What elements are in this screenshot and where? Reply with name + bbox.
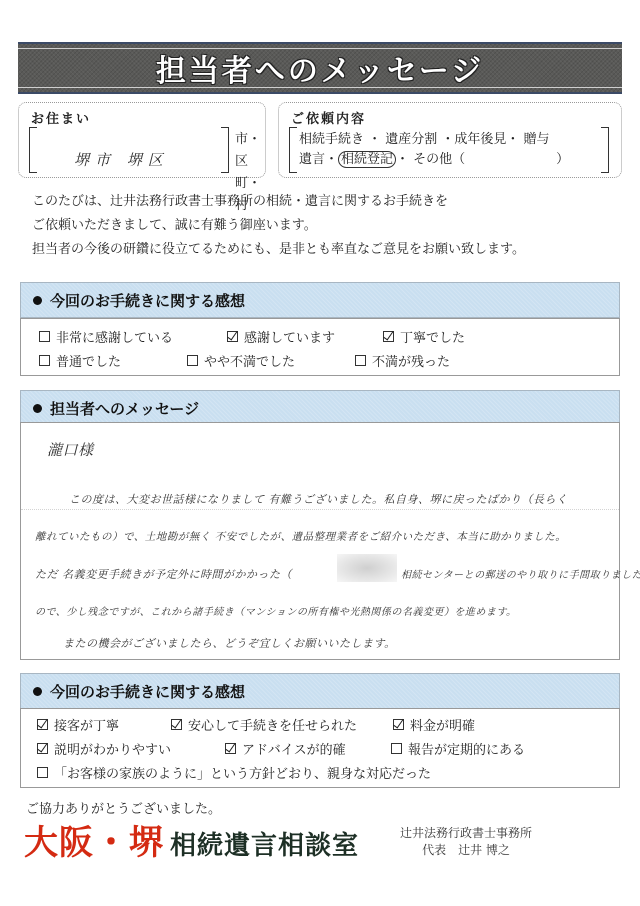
bracket-right	[601, 127, 609, 173]
option-average[interactable]: 普通でした	[39, 351, 121, 370]
bracket-left	[29, 127, 37, 173]
option-clear-fees[interactable]: 料金が明確	[393, 715, 475, 734]
message-line-3b: 相続センターとの郵送のやり取りに手間取りました）	[401, 566, 640, 581]
checkbox-icon[interactable]	[187, 355, 198, 366]
option-courteous-service[interactable]: 接客が丁寧	[37, 715, 119, 734]
checkbox-checked-icon[interactable]	[37, 719, 48, 730]
brand-name: 相続遺言相談室	[170, 825, 359, 862]
request-line-2: 遺言・相続登記・ その他（ ）	[299, 150, 569, 170]
intro-line-3: 担当者の今後の研鑽に役立てるためにも、是非とも率直なご意見をお願い致します。	[32, 238, 525, 262]
bullet-icon	[33, 687, 42, 696]
section-message-header: 担当者へのメッセージ	[20, 390, 620, 426]
message-line-2: 離れていたもの）で、土地勘が無く 不安でしたが、遺品整理業者をご紹介いただき、本…	[35, 529, 566, 544]
section-title: 今回のお手続きに関する感想	[50, 290, 245, 311]
option-clear-explanation[interactable]: 説明がわかりやすい	[37, 739, 171, 758]
option-grateful[interactable]: 感謝しています	[227, 327, 335, 346]
brand-location: 大阪・堺	[24, 815, 164, 864]
address-box: お住まい 堺市 堺区 市・区 町・村	[18, 102, 266, 178]
checkbox-icon[interactable]	[39, 355, 50, 366]
request-options: 相続手続き ・ 遺産分割 ・成年後見・ 贈与 遺言・相続登記・ その他（ ）	[299, 130, 569, 170]
option-regular-reports[interactable]: 報告が定期的にある	[391, 739, 525, 758]
checkbox-checked-icon[interactable]	[37, 743, 48, 754]
redacted-blur	[337, 554, 397, 582]
request-other: ・ その他（ ）	[396, 152, 569, 167]
page-title: 担当者へのメッセージ	[156, 46, 484, 90]
address-label: お住まい	[31, 108, 91, 127]
section-title: 担当者へのメッセージ	[50, 398, 199, 419]
message-line-1: この度は、大変お世話様になりまして 有難うございました。私自身、堺に戻ったばかり…	[69, 491, 568, 507]
checkbox-checked-icon[interactable]	[383, 331, 394, 342]
checkbox-checked-icon[interactable]	[225, 743, 236, 754]
request-box: ご依頼内容 相続手続き ・ 遺産分割 ・成年後見・ 贈与 遺言・相続登記・ その…	[278, 102, 622, 178]
request-selected-inheritance-registration[interactable]: 相続登記	[338, 151, 396, 168]
checkbox-icon[interactable]	[37, 767, 48, 778]
section-impressions-body: 非常に感謝している 感謝しています 丁寧でした 普通でした やや不満でした 不満…	[20, 318, 620, 376]
section-title: 今回のお手続きに関する感想	[50, 681, 245, 702]
message-line-4: ので、少し残念ですが、これから諸手続き（マンションの所有権や光熱関係の名義変更）…	[35, 603, 517, 618]
checkbox-icon[interactable]	[39, 331, 50, 342]
bracket-right	[221, 127, 229, 173]
bullet-icon	[33, 404, 42, 413]
message-line-3a: ただ 名義変更手続きが予定外に時間がかかった（	[35, 566, 292, 582]
option-polite[interactable]: 丁寧でした	[383, 327, 465, 346]
title-banner: 担当者へのメッセージ	[18, 42, 622, 94]
section-impressions-header: 今回のお手続きに関する感想	[20, 282, 620, 318]
address-value[interactable]: 堺市 堺区	[74, 149, 169, 170]
representative-name: 代表 辻井 博之	[400, 842, 532, 859]
option-very-grateful[interactable]: 非常に感謝している	[39, 327, 173, 346]
checkbox-icon[interactable]	[355, 355, 366, 366]
checkbox-checked-icon[interactable]	[393, 719, 404, 730]
message-line-5: またの機会がございましたら、どうぞ宜しくお願いいたします。	[63, 635, 396, 651]
intro-line-2: ご依頼いただきまして、誠に有難う御座います。	[32, 214, 525, 238]
section-evaluation-header: 今回のお手続きに関する感想	[20, 673, 620, 709]
message-area[interactable]: 瀧口様 この度は、大変お世話様になりまして 有難うございました。私自身、堺に戻っ…	[20, 422, 620, 660]
checkbox-checked-icon[interactable]	[227, 331, 238, 342]
checkbox-checked-icon[interactable]	[171, 719, 182, 730]
bracket-left	[289, 127, 297, 173]
request-will: 遺言・	[299, 152, 338, 167]
request-line-1: 相続手続き ・ 遺産分割 ・成年後見・ 贈与	[299, 130, 569, 150]
office-name: 辻井法務行政書士事務所	[400, 825, 532, 842]
option-trustworthy[interactable]: 安心して手続きを任せられた	[171, 715, 357, 734]
intro-line-1: このたびは、辻井法務行政書士事務所の相続・遺言に関するお手続きを	[32, 190, 525, 214]
option-somewhat-dissatisfied[interactable]: やや不満でした	[187, 351, 295, 370]
greeting: 瀧口様	[47, 439, 94, 460]
option-dissatisfied[interactable]: 不満が残った	[355, 351, 450, 370]
checkbox-icon[interactable]	[391, 743, 402, 754]
section-evaluation-body: 接客が丁寧 安心して手続きを任せられた 料金が明確 説明がわかりやすい アドバイ…	[20, 708, 620, 788]
brand-logo: 大阪・堺 相続遺言相談室	[24, 815, 359, 864]
option-good-advice[interactable]: アドバイスが的確	[225, 739, 346, 758]
office-info: 辻井法務行政書士事務所 代表 辻井 博之	[400, 825, 532, 859]
request-label: ご依頼内容	[291, 108, 366, 127]
bullet-icon	[33, 296, 42, 305]
city-ward-label: 市・区	[235, 129, 265, 173]
ruled-line	[21, 509, 619, 510]
option-family-like-care[interactable]: 「お客様の家族のように」という方針どおり、親身な対応だった	[37, 763, 431, 782]
intro-text: このたびは、辻井法務行政書士事務所の相続・遺言に関するお手続きを ご依頼いただき…	[32, 190, 525, 262]
